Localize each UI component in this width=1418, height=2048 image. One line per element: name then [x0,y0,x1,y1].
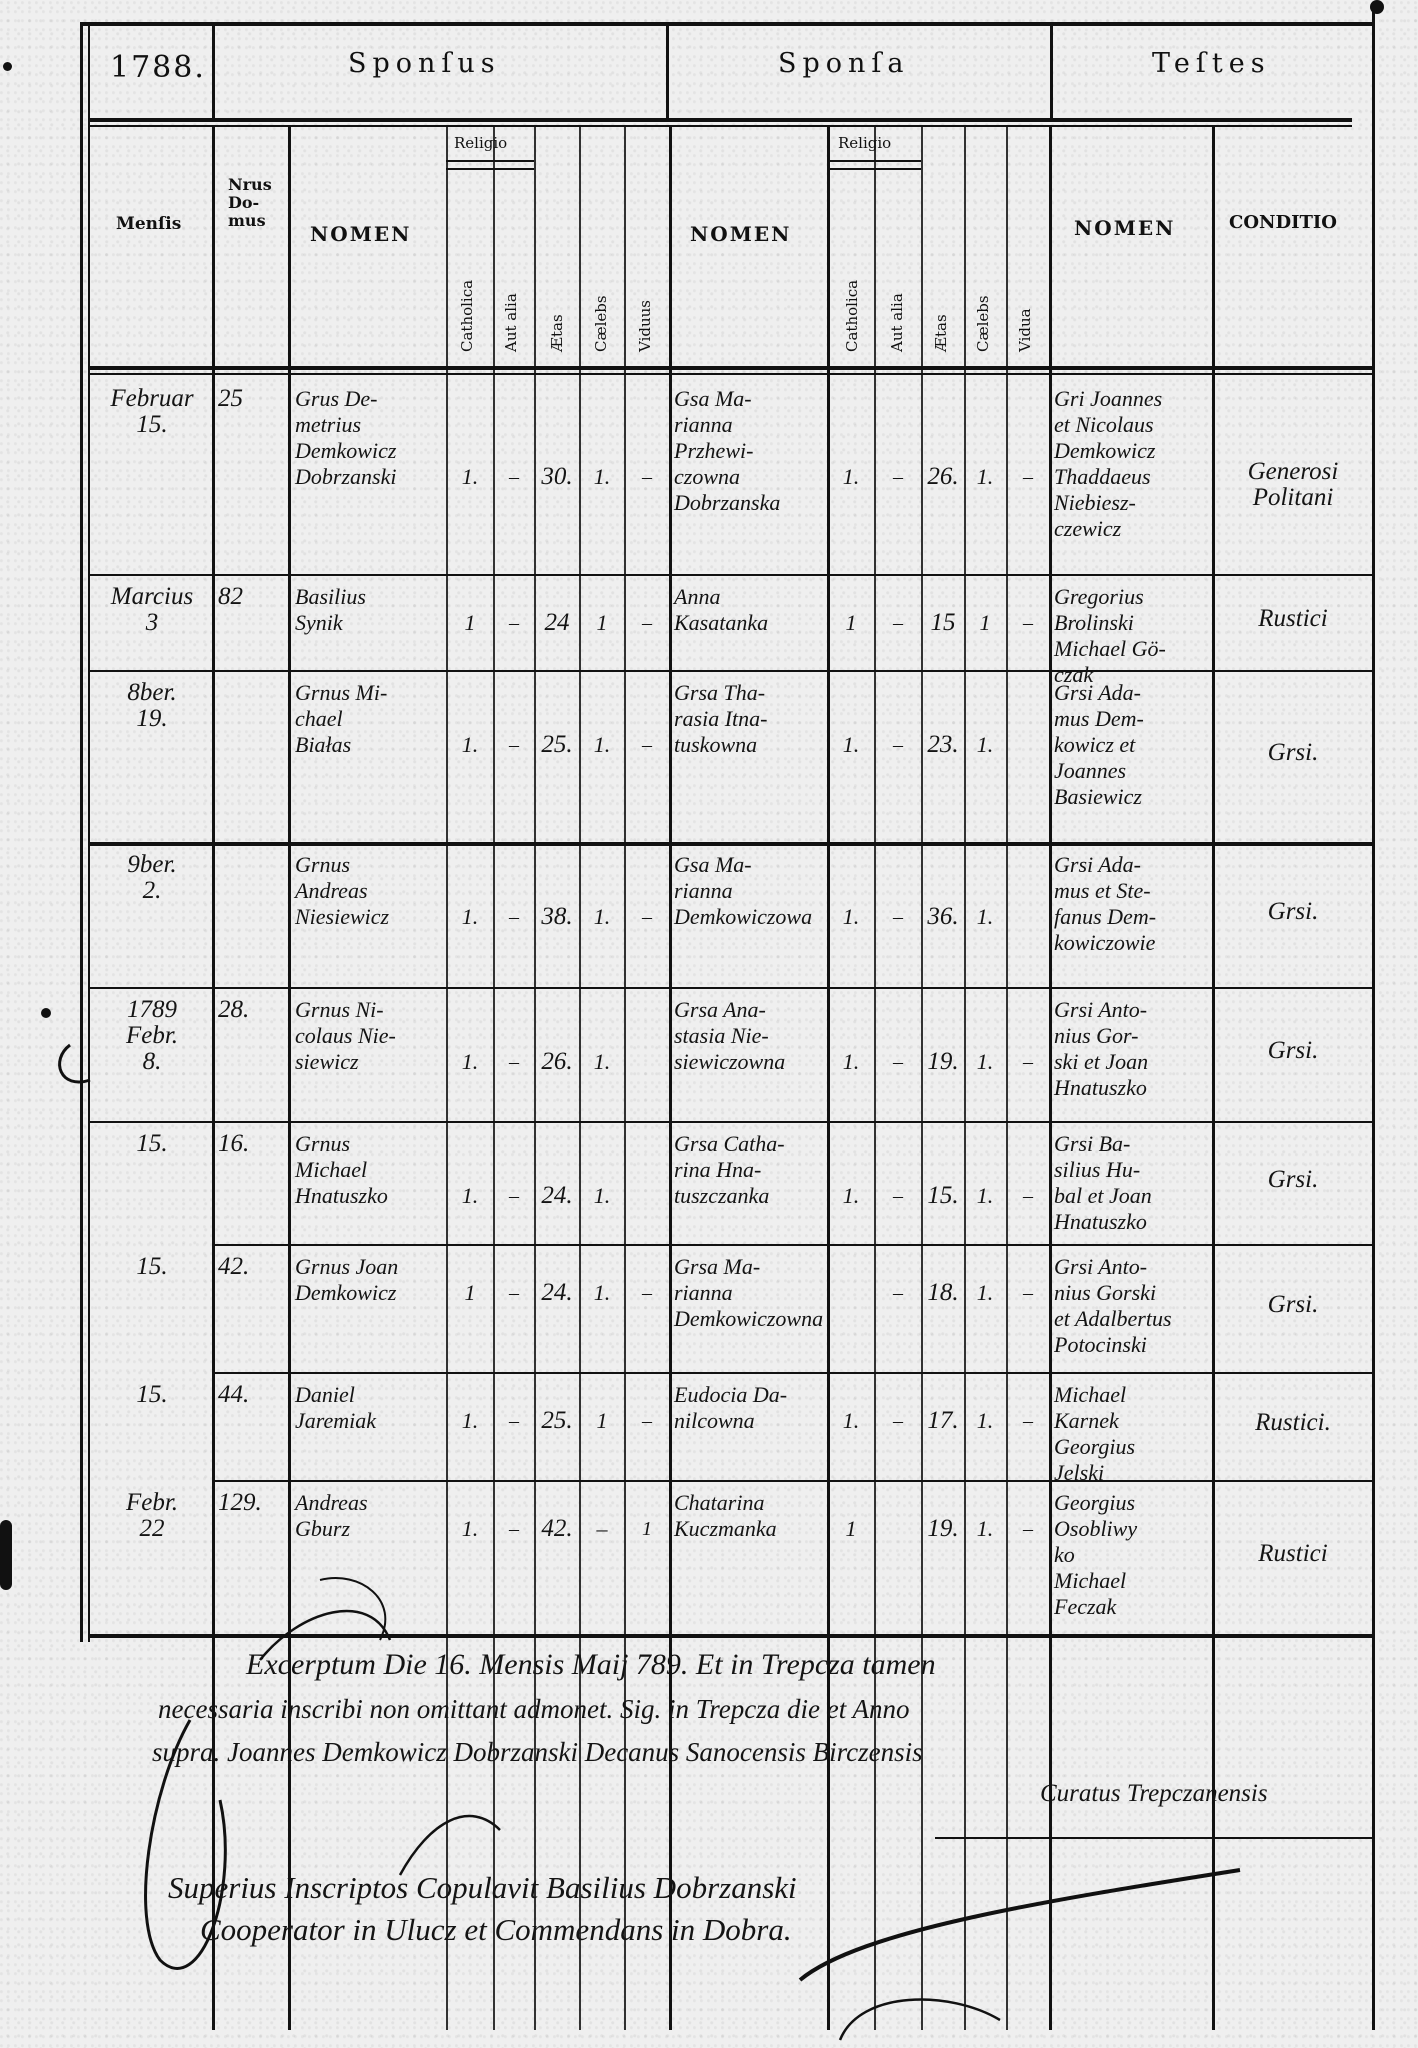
flourish-icon [0,0,1418,2048]
ink-blot [0,1520,12,1590]
ink-blot [41,1008,51,1018]
ink-blot [1370,0,1384,14]
register-page: 1788. Sponſus Sponſa Teſtes Menſis Nrus … [0,0,1418,2048]
ink-blot [3,62,12,71]
